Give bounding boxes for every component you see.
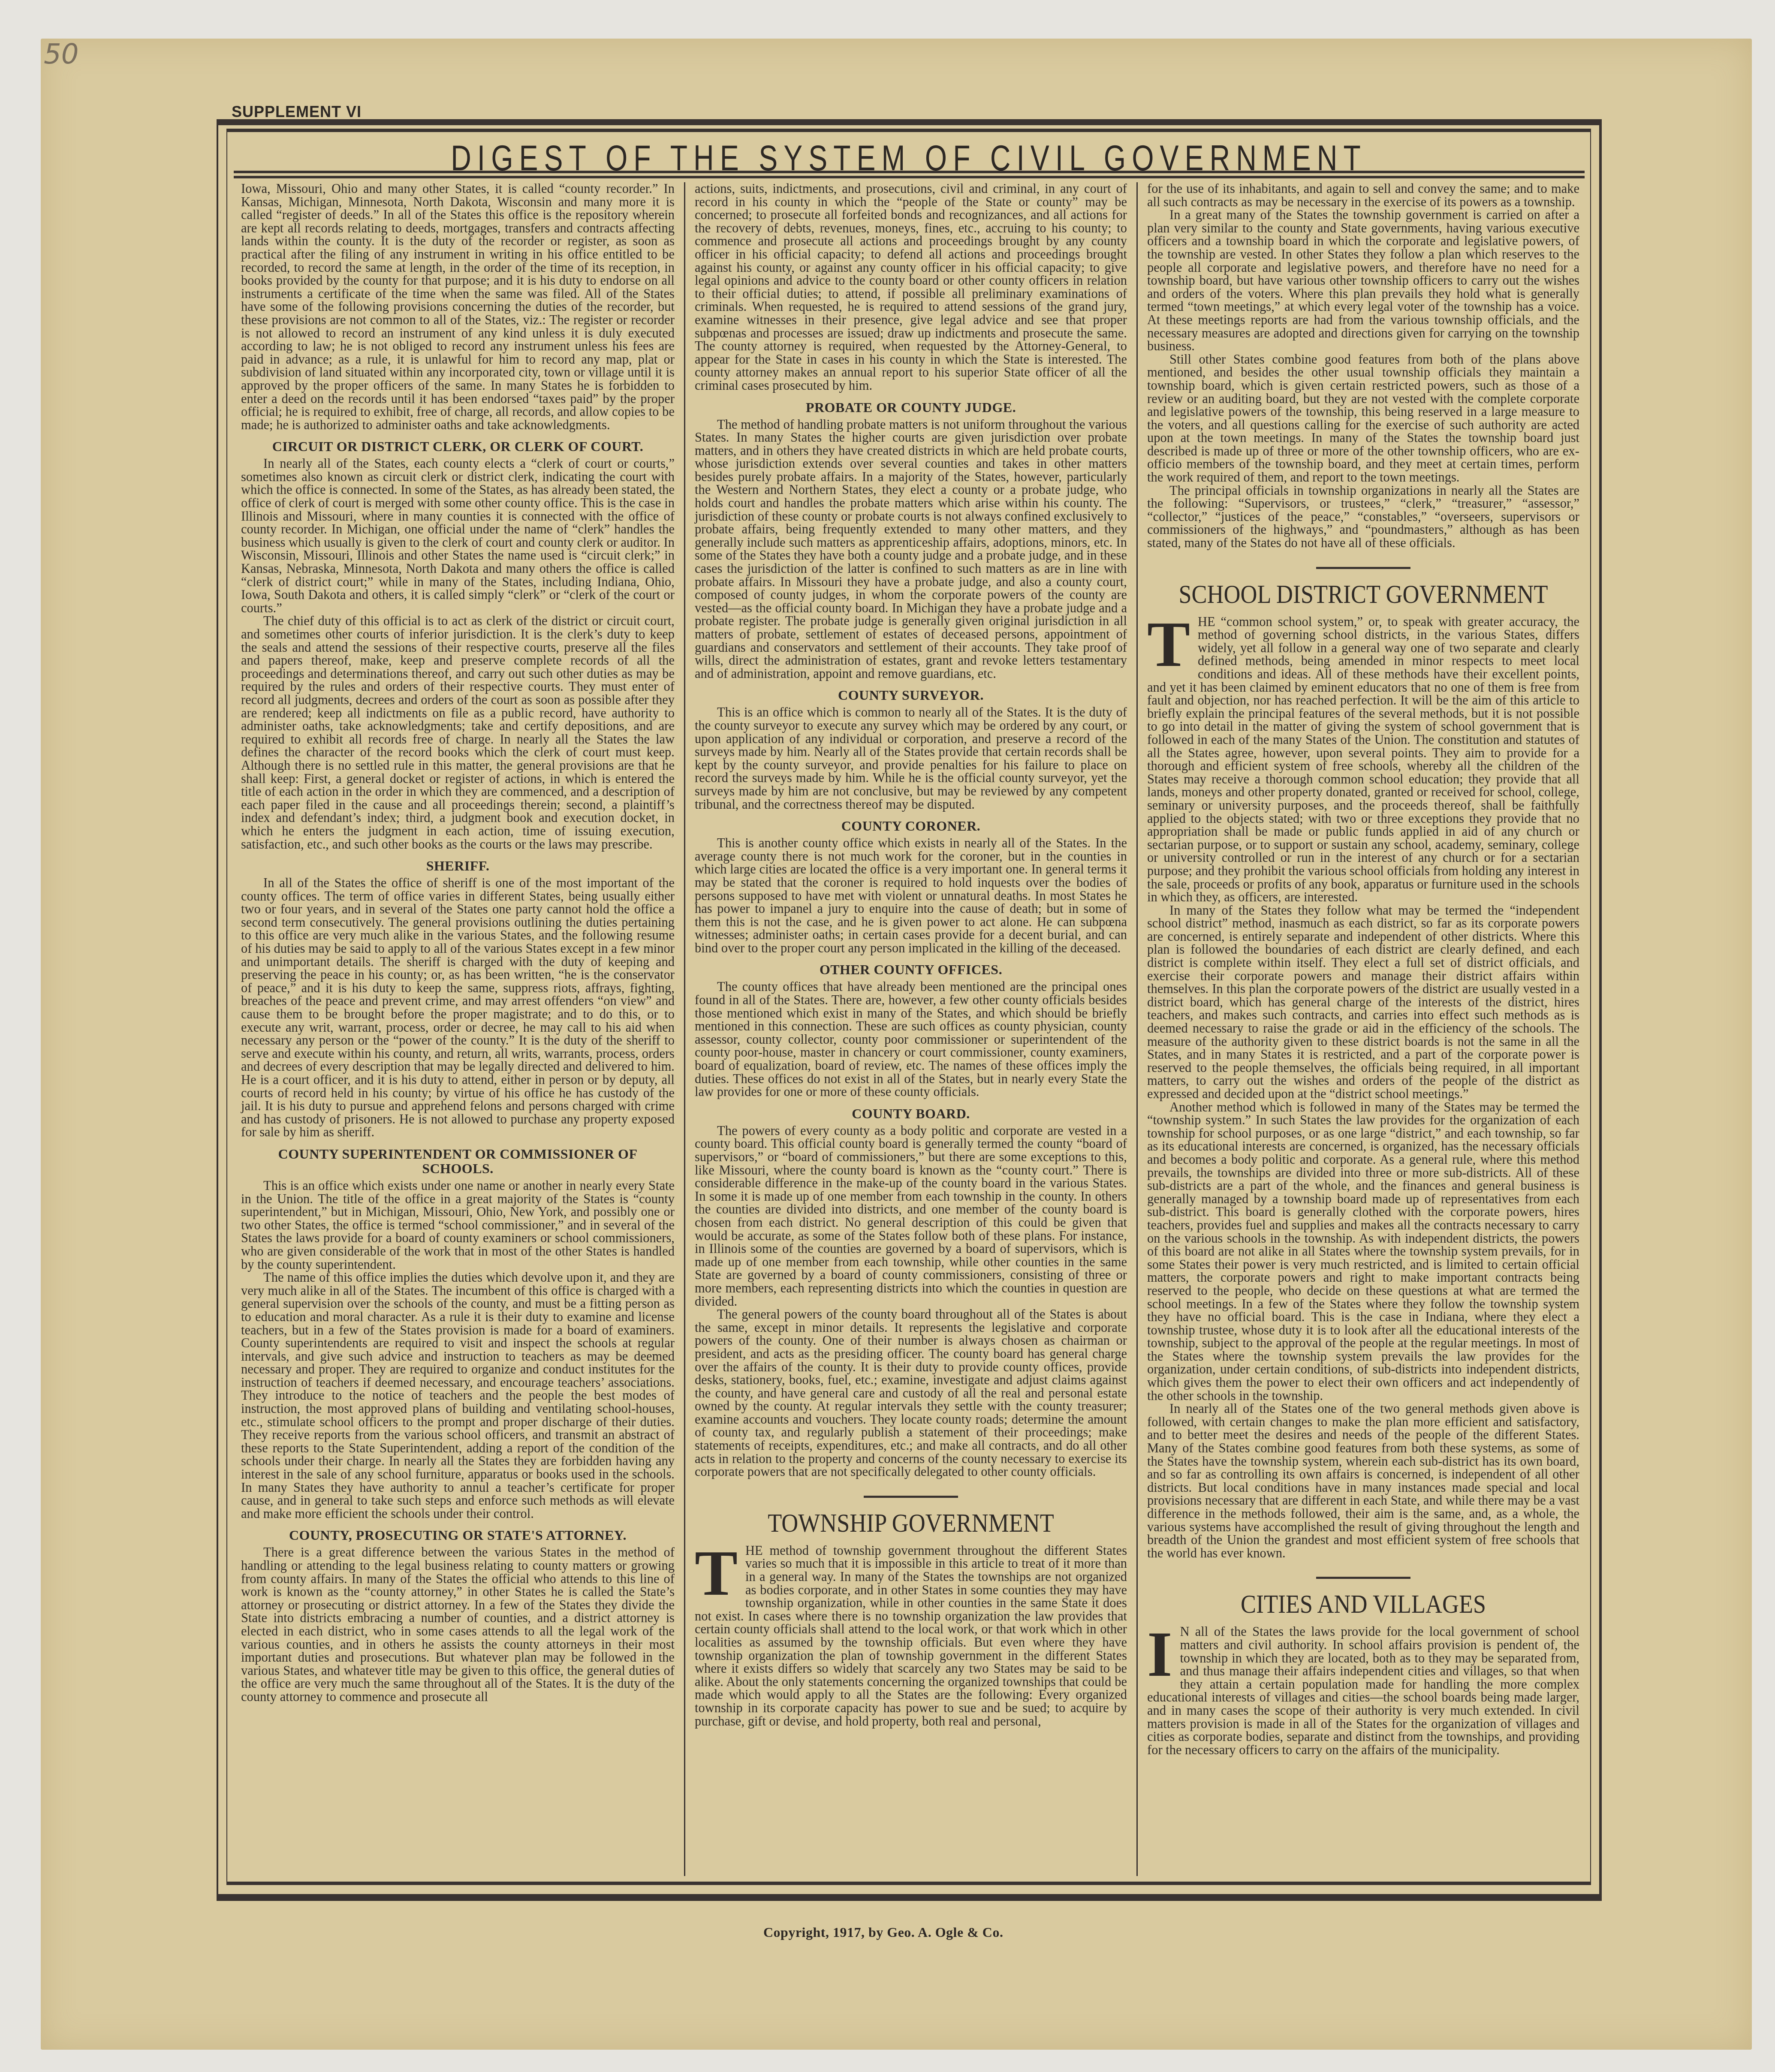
paragraph: In all of the States the office of sheri… <box>241 876 675 1139</box>
section-heading: PROBATE OR COUNTY JUDGE. <box>695 400 1127 415</box>
drop-cap-paragraph: THE method of township government throug… <box>695 1544 1127 1728</box>
paragraph: There is a great difference between the … <box>241 1546 675 1703</box>
paragraph: Still other States combine good features… <box>1147 353 1579 484</box>
paragraph: The method of handling probate matters i… <box>695 418 1127 681</box>
handwritten-page-number: 50 <box>44 39 78 70</box>
drop-cap-paragraph: IN all of the States the laws provide fo… <box>1147 1625 1579 1756</box>
paragraph: Another method which is followed in many… <box>1147 1101 1579 1403</box>
section-separator <box>1316 1577 1410 1579</box>
section-heading: COUNTY CORONER. <box>695 819 1127 833</box>
column-2: actions, suits, indictments, and prosecu… <box>684 182 1136 1876</box>
paragraph: In nearly all of the States one of the t… <box>1147 1402 1579 1560</box>
copyright-notice: Copyright, 1917, by Geo. A. Ogle & Co. <box>763 1924 1003 1940</box>
section-heading: CIRCUIT OR DISTRICT CLERK, OR CLERK OF C… <box>241 439 675 454</box>
paragraph: The powers of every county as a body pol… <box>695 1124 1127 1308</box>
paragraph: Iowa, Missouri, Ohio and many other Stat… <box>241 182 675 431</box>
drop-cap-paragraph: THE “common school system,” or, to speak… <box>1147 615 1579 904</box>
paragraph: In nearly all of the States, each county… <box>241 457 675 614</box>
paragraph: This is an office which exists under one… <box>241 1179 675 1271</box>
paragraph: The chief duty of this official is to ac… <box>241 614 675 851</box>
title-rule-top <box>234 171 1585 173</box>
article-columns: Iowa, Missouri, Ohio and many other Stat… <box>232 182 1589 1876</box>
paragraph-text: HE “common school system,” or, to speak … <box>1147 614 1579 904</box>
paragraph: This is another county office which exis… <box>695 837 1127 955</box>
section-heading: COUNTY SUPERINTENDENT OR COMMISSIONER OF… <box>241 1147 675 1176</box>
paragraph: for the use of its inhabitants, and agai… <box>1147 182 1579 208</box>
major-section-heading: TOWNSHIP GOVERNMENT <box>695 1509 1127 1536</box>
supplement-label: SUPPLEMENT VI <box>232 103 362 121</box>
section-heading: COUNTY SURVEYOR. <box>695 688 1127 702</box>
major-section-heading: SCHOOL DISTRICT GOVERNMENT <box>1147 580 1579 607</box>
paragraph: The general powers of the county board t… <box>695 1308 1127 1479</box>
section-heading: COUNTY BOARD. <box>695 1106 1127 1121</box>
paragraph: actions, suits, indictments, and prosecu… <box>695 182 1127 392</box>
section-heading: SHERIFF. <box>241 858 675 873</box>
section-separator <box>864 1496 958 1498</box>
section-separator <box>1316 567 1410 569</box>
column-3: for the use of its inhabitants, and agai… <box>1136 182 1589 1876</box>
title-rule-bottom <box>234 176 1585 178</box>
drop-cap-letter: T <box>1147 619 1190 670</box>
drop-cap-letter: T <box>695 1548 738 1599</box>
paragraph: This is an office which is common to nea… <box>695 706 1127 811</box>
drop-cap-letter: I <box>1147 1629 1172 1680</box>
column-1: Iowa, Missouri, Ohio and many other Stat… <box>232 182 684 1876</box>
paragraph-text: N all of the States the laws provide for… <box>1147 1624 1579 1757</box>
paragraph: In many of the States they follow what m… <box>1147 904 1579 1101</box>
paragraph: The name of this office implies the duti… <box>241 1271 675 1520</box>
paragraph-text: HE method of township government through… <box>695 1543 1127 1729</box>
paragraph: The principal officials in township orga… <box>1147 484 1579 550</box>
paragraph: The county offices that have already bee… <box>695 980 1127 1098</box>
major-section-heading: CITIES AND VILLAGES <box>1147 1590 1579 1617</box>
section-heading: OTHER COUNTY OFFICES. <box>695 962 1127 977</box>
section-heading: COUNTY, PROSECUTING OR STATE'S ATTORNEY. <box>241 1528 675 1542</box>
paragraph: In a great many of the States the townsh… <box>1147 208 1579 353</box>
